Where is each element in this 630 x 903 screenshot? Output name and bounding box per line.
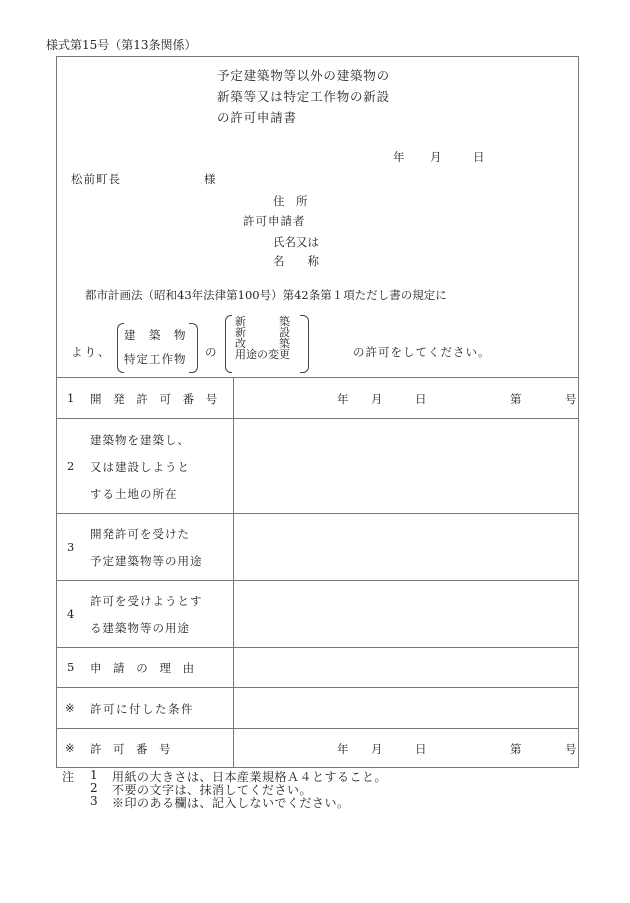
date-year-field[interactable]: 年 — [393, 149, 405, 165]
form-number-label: 様式第15号（第13条関係） — [46, 36, 197, 53]
row-3-label-line-2: 予定建築物等の用途 — [90, 553, 203, 569]
row-2-label-line-1: 建築物を建築し、 — [90, 432, 190, 448]
row-6-label: 許可に付した条件 — [90, 701, 194, 717]
row-1-dai[interactable]: 第 — [510, 391, 522, 407]
title-line-1: 予定建築物等以外の建築物の — [217, 66, 390, 86]
name-label-1: 氏名又は — [273, 234, 319, 250]
row-3-label-line-1: 開発許可を受けた — [90, 526, 190, 542]
row-4-number: 4 — [67, 607, 74, 621]
title-line-3: の許可申請書 — [217, 108, 297, 128]
row-2-label-line-2: 又は建設しようと — [90, 459, 190, 475]
body-suffix: の許可をしてください。 — [353, 344, 491, 360]
applicant-label: 許可申請者 — [243, 213, 306, 229]
row-5-label: 申 請 の 理 由 — [90, 660, 198, 676]
row-5-input[interactable] — [234, 648, 579, 687]
application-form: 予定建築物等以外の建築物の 新築等又は特定工作物の新設 の許可申請書 年 月 日… — [56, 56, 579, 768]
note-3-text: ※印のある欄は、記入しないでください。 — [112, 794, 350, 811]
row-2-input[interactable] — [234, 419, 579, 513]
row-1-go[interactable]: 号 — [565, 391, 577, 407]
row-1-number: 1 — [67, 391, 74, 405]
row-7-month[interactable]: 月 — [371, 741, 383, 757]
date-month-field[interactable]: 月 — [430, 149, 442, 165]
row-4-label-line-2: る建築物等の用途 — [90, 620, 190, 636]
row-3-number: 3 — [67, 540, 74, 554]
row-1-month[interactable]: 月 — [371, 391, 383, 407]
row-3-input[interactable] — [234, 514, 579, 580]
row-2-number: 2 — [67, 459, 74, 473]
row-1-day[interactable]: 日 — [415, 391, 427, 407]
row-7-day[interactable]: 日 — [415, 741, 427, 757]
row-1-label: 開 発 許 可 番 号 — [90, 391, 221, 407]
row-2-label-line-3: する土地の所在 — [90, 486, 178, 502]
note-1-number: 1 — [90, 768, 98, 782]
name-label-2: 名 称 — [273, 253, 319, 269]
note-3-number: 3 — [90, 794, 98, 808]
title-line-2: 新築等又は特定工作物の新設 — [217, 87, 390, 107]
notes-prefix: 注 — [62, 768, 74, 785]
row-7-mark: ※ — [65, 741, 75, 755]
address-label: 住 所 — [273, 193, 308, 209]
row-1-year[interactable]: 年 — [337, 391, 349, 407]
legal-basis-text: 都市計画法（昭和43年法律第100号）第42条第１項ただし書の規定に — [85, 287, 447, 303]
row-6-mark: ※ — [65, 701, 75, 715]
addressee-name: 松前町長 — [71, 171, 121, 187]
row-7-dai[interactable]: 第 — [510, 741, 522, 757]
row-7-year[interactable]: 年 — [337, 741, 349, 757]
row-5-number: 5 — [67, 660, 74, 674]
choice-building[interactable]: 建 築 物 — [124, 327, 187, 343]
row-7-label: 許 可 番 号 — [90, 741, 171, 757]
row-4-input[interactable] — [234, 581, 579, 647]
row-4-label-line-1: 許可を受けようとす — [90, 593, 203, 609]
body-connector: の — [205, 344, 217, 360]
choice-change-of-use[interactable]: 用途の変更 — [235, 349, 290, 360]
note-2-number: 2 — [90, 781, 98, 795]
body-prefix: より、 — [71, 344, 112, 360]
date-day-field[interactable]: 日 — [473, 149, 485, 165]
row-7-go[interactable]: 号 — [565, 741, 577, 757]
addressee-honorific: 様 — [204, 171, 216, 187]
choice-specified-structure[interactable]: 特定工作物 — [124, 351, 187, 367]
row-6-input[interactable] — [234, 688, 579, 728]
